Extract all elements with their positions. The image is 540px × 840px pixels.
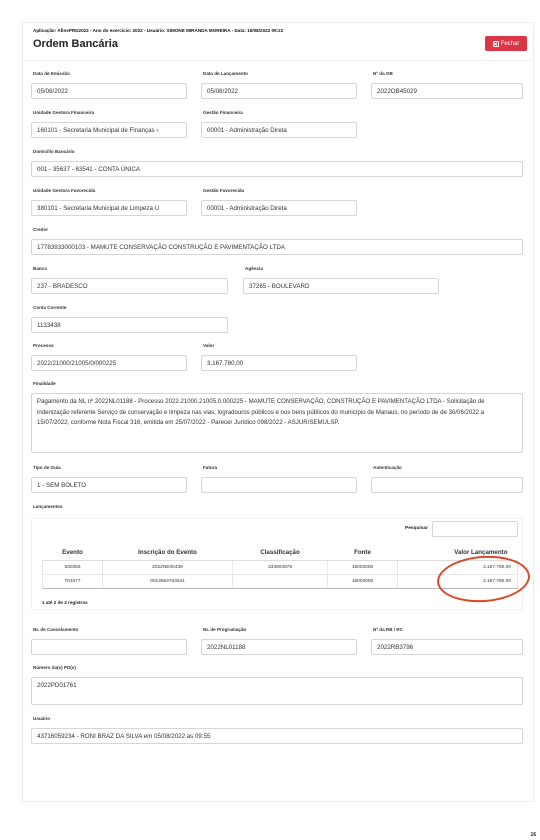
gestao-favorecida-field[interactable]: 00001 - Administração Direta bbox=[201, 200, 357, 216]
tipo-guia-label: Tipo de Guia bbox=[33, 465, 61, 470]
domicilio-bancario-field[interactable]: 001 - 35637 - 63541 - CONTA ÚNICA bbox=[31, 161, 523, 177]
nl-cancelamento-field[interactable] bbox=[31, 639, 187, 655]
fatura-field[interactable] bbox=[201, 477, 357, 493]
tipo-guia-field[interactable]: 1 - SEM BOLETO bbox=[31, 477, 187, 493]
data-lancamento-label: Data de Lançamento bbox=[203, 71, 248, 76]
close-icon bbox=[493, 41, 499, 47]
table-row[interactable]: 701877 0013563763541 15003000 3.167.780,… bbox=[43, 574, 518, 588]
agencia-label: Agência bbox=[245, 266, 263, 271]
col-fonte[interactable]: Fonte bbox=[328, 545, 398, 560]
col-evento[interactable]: Evento bbox=[43, 545, 103, 560]
cell-classificacao: 333903978 bbox=[233, 560, 328, 574]
ug-financeira-field[interactable]: 160101 - Secretaria Municipal de Finança… bbox=[31, 122, 187, 138]
ug-favorecida-field[interactable]: 380101 - Secretaria Municipal de Limpeza… bbox=[31, 200, 187, 216]
app-info-bar: Aplicação: AfinsPRD2022 - Ano do exercíc… bbox=[33, 28, 283, 33]
gestao-favorecida-label: Gestão Favorecida bbox=[203, 188, 244, 193]
col-classificacao[interactable]: Classificação bbox=[233, 545, 328, 560]
banco-label: Banco bbox=[33, 266, 47, 271]
search-label: Pesquisar bbox=[405, 526, 428, 531]
col-valor-lancamento[interactable]: Valor Lançamento bbox=[398, 545, 518, 560]
close-button-label: Fechar bbox=[501, 41, 520, 47]
nl-cancelamento-label: NL de Cancelamento bbox=[33, 627, 78, 632]
agencia-field[interactable]: 37265 - BOULEVARD bbox=[243, 278, 439, 294]
processo-label: Processo bbox=[33, 343, 54, 348]
ug-financeira-label: Unidade Gestora Financeira bbox=[33, 110, 94, 115]
col-inscricao-evento[interactable]: Inscrição do Evento bbox=[103, 545, 233, 560]
valor-field[interactable]: 3.167.780,00 bbox=[201, 355, 357, 371]
close-button[interactable]: Fechar bbox=[485, 36, 527, 51]
num-rb-rc-label: Nº da RB / RC bbox=[373, 627, 403, 632]
data-emissao-field[interactable]: 05/08/2022 bbox=[31, 83, 187, 99]
processo-field[interactable]: 2022/21000/21005/0/000225 bbox=[31, 355, 187, 371]
records-info: 1 até 2 de 2 registros bbox=[42, 600, 88, 605]
conta-corrente-label: Conta Corrente bbox=[33, 305, 66, 310]
num-ob-field[interactable]: 2022OB45029 bbox=[371, 83, 523, 99]
table-header-row: Evento Inscrição do Evento Classificação… bbox=[43, 545, 518, 560]
num-rb-rc-field[interactable]: 2022RB3796 bbox=[371, 639, 523, 655]
finalidade-label: Finalidade bbox=[33, 381, 56, 386]
cell-valor: 3.167.780,00 bbox=[398, 574, 518, 588]
valor-label: Valor bbox=[203, 343, 214, 348]
nl-programacao-label: NL de Programação bbox=[203, 627, 246, 632]
cell-valor: 3.167.780,00 bbox=[398, 560, 518, 574]
num-ob-label: Nº da OB bbox=[373, 71, 393, 76]
finalidade-textarea[interactable]: Pagamento da NL nº 2022NL01188 - Process… bbox=[31, 393, 523, 453]
cell-inscricao: 2022NE00439 bbox=[103, 560, 233, 574]
table-row[interactable]: 530355 2022NE00439 333903978 15003000 3.… bbox=[43, 560, 518, 574]
usuario-label: Usuário bbox=[33, 716, 50, 721]
credor-field[interactable]: 17783933000103 - MAMUTE CONSERVAÇÃO CONS… bbox=[31, 239, 523, 255]
cell-fonte: 15003000 bbox=[328, 560, 398, 574]
nl-programacao-field[interactable]: 2022NL01188 bbox=[201, 639, 357, 655]
cell-classificacao bbox=[233, 574, 328, 588]
ordem-bancaria-card: Aplicação: AfinsPRD2022 - Ano do exercíc… bbox=[22, 22, 534, 802]
banco-field[interactable]: 237 - BRADESCO bbox=[31, 278, 228, 294]
domicilio-bancario-label: Domicílio Bancário bbox=[33, 149, 75, 154]
num-pd-label: Número da(s) PD(s) bbox=[33, 665, 76, 670]
page-header: Aplicação: AfinsPRD2022 - Ano do exercíc… bbox=[23, 23, 533, 61]
num-pd-field[interactable]: 2022PD01761 bbox=[31, 677, 523, 705]
search-input[interactable] bbox=[432, 521, 518, 537]
data-lancamento-field[interactable]: 05/08/2022 bbox=[201, 83, 357, 99]
data-emissao-label: Data de Emissão bbox=[33, 71, 70, 76]
page-number: 16 bbox=[530, 832, 536, 838]
fatura-label: Fatura bbox=[203, 465, 217, 470]
usuario-field[interactable]: 43716059234 - RONI BRAZ DA SILVA em 05/0… bbox=[31, 728, 523, 744]
lancamentos-grid: Pesquisar Evento Inscrição do Evento Cla… bbox=[31, 518, 523, 610]
cell-fonte: 15003000 bbox=[328, 574, 398, 588]
autenticacao-field[interactable] bbox=[371, 477, 523, 493]
page-title: Ordem Bancária bbox=[33, 38, 118, 50]
autenticacao-label: Autenticação bbox=[373, 465, 402, 470]
cell-evento: 701877 bbox=[43, 574, 103, 588]
gestao-financeira-field[interactable]: 00001 - Administração Direta bbox=[201, 122, 357, 138]
ug-favorecida-label: Unidade Gestora Favorecida bbox=[33, 188, 95, 193]
lancamentos-table: Evento Inscrição do Evento Classificação… bbox=[42, 545, 518, 589]
gestao-financeira-label: Gestão Financeira bbox=[203, 110, 243, 115]
cell-evento: 530355 bbox=[43, 560, 103, 574]
conta-corrente-field[interactable]: 1133438 bbox=[31, 317, 228, 333]
cell-inscricao: 0013563763541 bbox=[103, 574, 233, 588]
lancamentos-label: Lançamentos bbox=[33, 504, 63, 509]
credor-label: Credor bbox=[33, 227, 48, 232]
